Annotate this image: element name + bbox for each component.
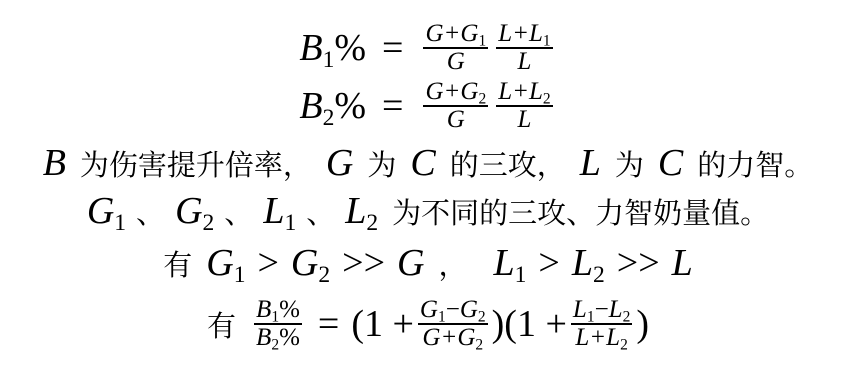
fraction-g: G+G1 G: [423, 21, 488, 76]
fraction-b-ratio: B1% B2%: [254, 297, 302, 352]
paren-close: ): [636, 302, 649, 346]
symbol-g: G: [326, 141, 353, 185]
symbol-l2: L2: [572, 241, 605, 285]
symbol-g2: G2: [291, 241, 330, 285]
percent-sign: %: [334, 84, 366, 128]
symbol-l1: L1: [263, 189, 296, 233]
much-greater: >>: [342, 241, 385, 285]
greater-than: >: [538, 241, 559, 285]
text-stats: 的力智。: [697, 143, 813, 184]
symbol-l1: L1: [493, 241, 526, 285]
paren-mid: )(1 +: [492, 302, 567, 346]
fraction-l-diff: L1−L2 L+L2: [571, 297, 632, 352]
much-greater: >>: [617, 241, 660, 285]
equals-sign: =: [318, 302, 339, 346]
formula-b2: B2 % = G+G2 G L+L2 L: [0, 78, 856, 134]
comma: ，: [438, 243, 467, 284]
text-attack: 的三攻，: [450, 143, 566, 184]
fraction-l: L+L2 L: [496, 79, 552, 134]
text-is: 为: [615, 143, 644, 184]
fraction-g: G+G2 G: [423, 79, 488, 134]
separator: 、: [306, 191, 335, 232]
separator: 、: [136, 191, 165, 232]
fraction-g-diff: G1−G2 G+G2: [418, 297, 488, 352]
percent-sign: %: [334, 26, 366, 70]
b1-symbol: B1: [299, 26, 334, 70]
text-damage-multiplier: 为伤害提升倍率，: [80, 143, 312, 184]
b2-symbol: B2: [299, 84, 334, 128]
equals-sign: =: [382, 84, 403, 128]
relation-line: 有 G1 > G2 >> G ， L1 > L2 >> L: [0, 238, 856, 288]
paren-open: (1 +: [351, 302, 414, 346]
symbol-c: C: [658, 141, 683, 185]
greater-than: >: [257, 241, 278, 285]
symbol-l2: L2: [345, 189, 378, 233]
symbol-g1: G1: [87, 189, 126, 233]
fraction-l: L+L1 L: [496, 21, 552, 76]
separator: 、: [224, 191, 253, 232]
symbol-b: B: [43, 141, 66, 185]
text-buff-values: 为不同的三攻、力智奶量值。: [392, 191, 769, 232]
symbol-g: G: [397, 241, 424, 285]
symbol-g2: G2: [175, 189, 214, 233]
equals-sign: =: [382, 26, 403, 70]
formula-b1: B1 % = G+G1 G L+L1 L: [0, 20, 856, 76]
text-is: 为: [367, 143, 396, 184]
symbol-g1: G1: [206, 241, 245, 285]
text-have: 有: [207, 304, 236, 345]
symbol-l: L: [580, 141, 601, 185]
symbol-l: L: [672, 241, 693, 285]
definition-line-1: B 为伤害提升倍率， G 为 C 的三攻， L 为 C 的力智。: [0, 140, 856, 186]
text-have: 有: [163, 243, 192, 284]
definition-line-2: G1 、 G2 、 L1 、 L2 为不同的三攻、力智奶量值。: [0, 188, 856, 234]
symbol-c: C: [410, 141, 435, 185]
ratio-formula: 有 B1% B2% = (1 + G1−G2 G+G2 )(1 + L1−L2 …: [0, 292, 856, 356]
